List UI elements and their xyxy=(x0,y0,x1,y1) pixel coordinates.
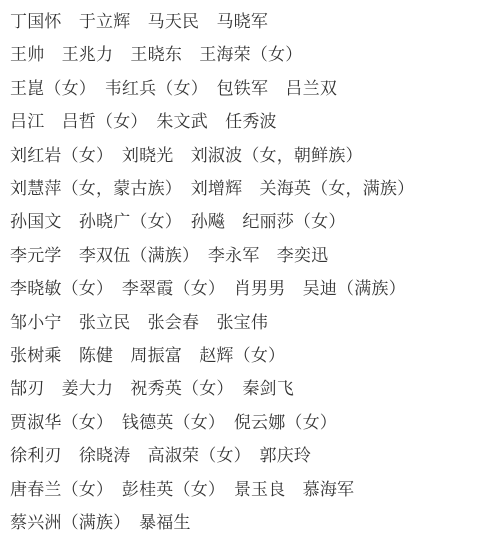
name-entry: 李元学 xyxy=(10,246,62,265)
name-entry: 孙晓广（女） xyxy=(79,212,174,231)
name-row: 贾淑华（女） 钱德英（女） 倪云娜（女） xyxy=(10,406,492,439)
name-entry: 彭桂英（女） xyxy=(122,480,217,499)
name-row: 李元学 李双伍（满族） 李永军 李奕迅 xyxy=(10,239,492,272)
name-entry: 马天民 xyxy=(148,12,200,31)
name-row: 李晓敏（女） 李翠霞（女） 肖男男 吴迪（满族） xyxy=(10,272,492,305)
name-entry: 徐晓涛 xyxy=(79,446,131,465)
name-entry: 吕江 xyxy=(10,112,44,131)
name-entry: 孙国文 xyxy=(10,212,62,231)
name-entry: 郭庆玲 xyxy=(260,446,312,465)
name-entry: 吕兰双 xyxy=(285,79,337,98)
name-entry: 丁国怀 xyxy=(10,12,62,31)
name-entry: 暴福生 xyxy=(139,513,191,532)
name-entry: 周振富 xyxy=(130,346,182,365)
name-entry: 张宝伟 xyxy=(216,313,268,332)
name-entry: 张立民 xyxy=(79,313,131,332)
name-entry: 于立辉 xyxy=(79,12,131,31)
name-entry: 吴迪（满族） xyxy=(303,279,406,298)
name-row: 王帅 王兆力 王晓东 王海荣（女） xyxy=(10,38,492,71)
name-entry: 刘红岩（女） xyxy=(10,146,105,165)
name-entry: 唐春兰（女） xyxy=(10,480,105,499)
name-entry: 秦剑飞 xyxy=(242,379,294,398)
name-entry: 贾淑华（女） xyxy=(10,413,105,432)
name-entry: 刘淑波（女，朝鲜族） xyxy=(191,146,363,165)
name-entry: 景玉良 xyxy=(234,480,286,499)
name-entry: 王崑（女） xyxy=(10,79,88,98)
name-row: 孙国文 孙晓广（女） 孙飚 纪丽莎（女） xyxy=(10,205,492,238)
name-row: 邹小宁 张立民 张会春 张宝伟 xyxy=(10,306,492,339)
name-entry: 孙飚 xyxy=(191,212,225,231)
name-entry: 倪云娜（女） xyxy=(234,413,337,432)
name-row: 王崑（女） 韦红兵（女） 包铁军 吕兰双 xyxy=(10,72,492,105)
name-entry: 肖男男 xyxy=(234,279,286,298)
name-entry: 纪丽莎（女） xyxy=(242,212,345,231)
name-entry: 李晓敏（女） xyxy=(10,279,105,298)
name-row: 徐利刃 徐晓涛 高淑荣（女） 郭庆玲 xyxy=(10,439,492,472)
name-row: 郜刃 姜大力 祝秀英（女） 秦剑飞 xyxy=(10,372,492,405)
name-entry: 徐利刃 xyxy=(10,446,62,465)
name-row: 丁国怀 于立辉 马天民 马晓军 xyxy=(10,5,492,38)
name-entry: 刘增辉 xyxy=(191,179,243,198)
name-list: 丁国怀 于立辉 马天民 马晓军王帅 王兆力 王晓东 王海荣（女）王崑（女） 韦红… xyxy=(0,0,500,537)
name-entry: 高淑荣（女） xyxy=(148,446,243,465)
name-entry: 韦红兵（女） xyxy=(105,79,200,98)
name-entry: 李永军 xyxy=(208,246,260,265)
name-entry: 张会春 xyxy=(148,313,200,332)
name-entry: 王晓东 xyxy=(130,45,182,64)
name-entry: 刘慧萍（女，蒙古族） xyxy=(10,179,174,198)
name-entry: 钱德英（女） xyxy=(122,413,217,432)
name-entry: 王兆力 xyxy=(62,45,114,64)
name-row: 刘慧萍（女，蒙古族） 刘增辉 关海英（女，满族） xyxy=(10,172,492,205)
name-row: 吕江 吕哲（女） 朱文武 任秀波 xyxy=(10,105,492,138)
name-entry: 李翠霞（女） xyxy=(122,279,217,298)
name-entry: 蔡兴洲（满族） xyxy=(10,513,122,532)
name-row: 唐春兰（女） 彭桂英（女） 景玉良 慕海军 xyxy=(10,473,492,506)
name-entry: 郜刃 xyxy=(10,379,44,398)
name-entry: 李奕迅 xyxy=(277,246,329,265)
name-entry: 王帅 xyxy=(10,45,44,64)
name-entry: 祝秀英（女） xyxy=(130,379,225,398)
name-entry: 邹小宁 xyxy=(10,313,62,332)
name-entry: 吕哲（女） xyxy=(62,112,140,131)
name-row: 蔡兴洲（满族） 暴福生 xyxy=(10,506,492,537)
name-entry: 慕海军 xyxy=(303,480,355,499)
name-entry: 朱文武 xyxy=(156,112,208,131)
name-entry: 刘晓光 xyxy=(122,146,174,165)
name-row: 刘红岩（女） 刘晓光 刘淑波（女，朝鲜族） xyxy=(10,139,492,172)
name-entry: 任秀波 xyxy=(225,112,277,131)
name-entry: 马晓军 xyxy=(216,12,268,31)
name-entry: 张树乘 xyxy=(10,346,62,365)
name-entry: 包铁军 xyxy=(217,79,269,98)
name-entry: 赵辉（女） xyxy=(199,346,285,365)
name-row: 张树乘 陈健 周振富 赵辉（女） xyxy=(10,339,492,372)
name-entry: 关海英（女，满族） xyxy=(260,179,415,198)
name-entry: 陈健 xyxy=(79,346,113,365)
name-entry: 李双伍（满族） xyxy=(79,246,191,265)
name-entry: 王海荣（女） xyxy=(199,45,302,64)
name-entry: 姜大力 xyxy=(62,379,114,398)
